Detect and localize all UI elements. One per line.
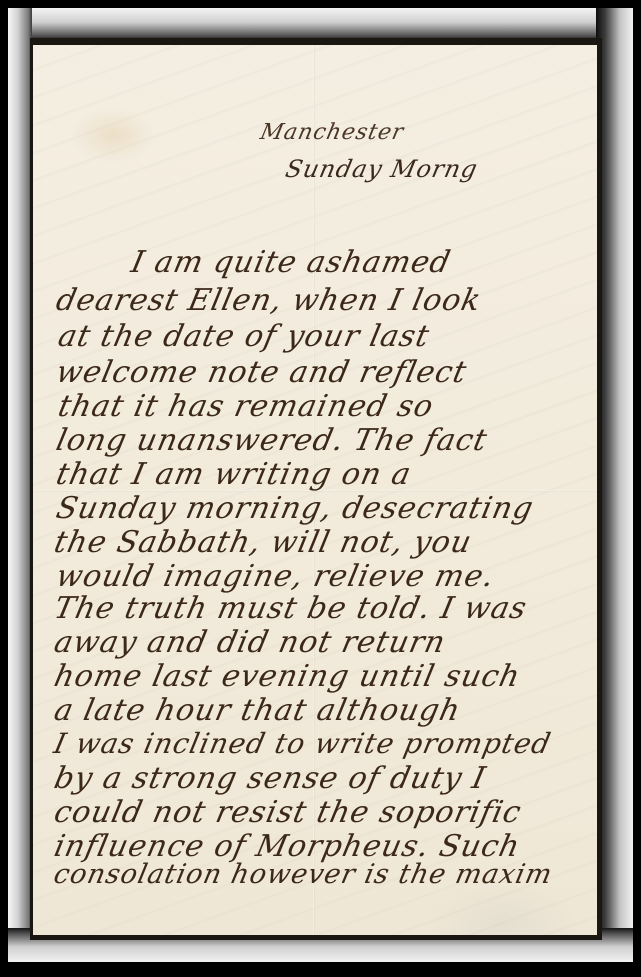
letter-line: Sunday morning, desecrating [53, 491, 537, 526]
letter-line: I am quite ashamed [128, 245, 454, 280]
letter-paper: Manchester Sunday Morng I am quite asham… [33, 45, 597, 935]
letter-line: long unanswered. The fact [53, 423, 491, 458]
letter-line: away and did not return [51, 625, 449, 660]
letter-date-heading: Sunday Morng [283, 155, 480, 183]
letter-line: consolation however is the maxim [51, 859, 555, 890]
letter-line: would imagine, relieve me. [53, 559, 498, 594]
letter-line: that I am writing on a [53, 457, 415, 492]
letter-line: home last evening until such [51, 659, 524, 694]
letter-line: The truth must be told. I was [51, 591, 530, 626]
letter-line: welcome note and reflect [53, 355, 470, 390]
letter-place-heading: Manchester [258, 120, 406, 145]
frame-bevel-left [8, 8, 32, 962]
letter-line: the Sabbath, will not, you [51, 525, 475, 560]
letter-line: at the date of your last [55, 319, 433, 354]
frame-bevel-top [8, 8, 633, 40]
letter-line: by a strong sense of duty I [51, 761, 489, 796]
letter-line: could not resist the soporific [51, 795, 525, 830]
letter-line: dearest Ellen, when I look [53, 283, 485, 318]
letter-line: that it has remained so [55, 389, 437, 424]
letter-line: I was inclined to write prompted [51, 727, 554, 760]
letter-line: a late hour that although [51, 693, 464, 728]
